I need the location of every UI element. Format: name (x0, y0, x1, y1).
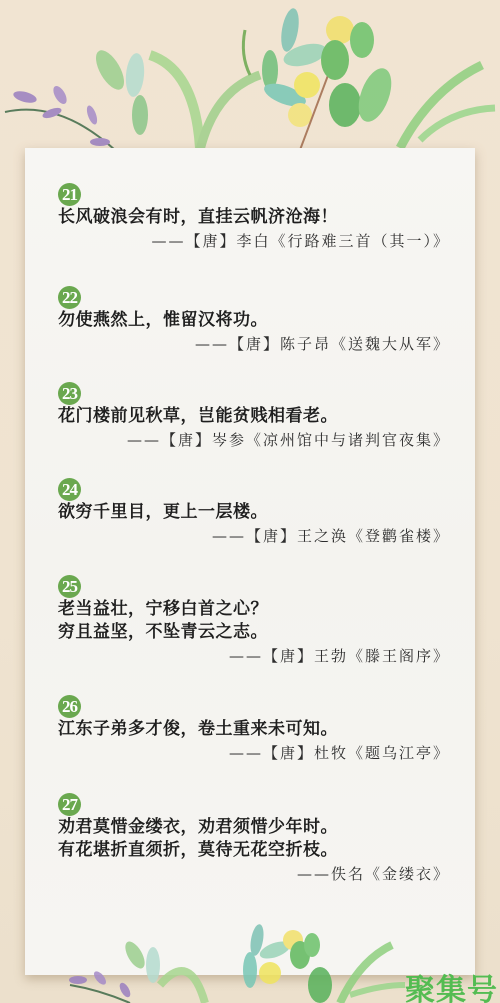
quote-source: ——【唐】杜牧《题乌江亭》 (58, 741, 455, 765)
quote-source: ——【唐】王勃《滕王阁序》 (58, 644, 455, 668)
quote-entry: 27 劝君莫惜金缕衣，劝君须惜少年时。 有花堪折直须折，莫待无花空折枝。 ——佚… (58, 793, 455, 886)
number-badge: 24 (58, 478, 81, 501)
quote-line: 有花堪折直须折，莫待无花空折枝。 (58, 839, 455, 862)
quote-line: 勿使燕然上，惟留汉将功。 (58, 309, 455, 332)
quote-source: ——【唐】李白《行路难三首（其一）》 (58, 229, 455, 253)
quote-source: ——【唐】岑参《凉州馆中与诸判官夜集》 (58, 428, 455, 452)
quote-source: ——佚名《金缕衣》 (58, 862, 455, 886)
watermark: 聚集号 (405, 965, 498, 1003)
number-badge: 23 (58, 382, 81, 405)
number-badge: 27 (58, 793, 81, 816)
quote-line: 花门楼前见秋草，岂能贫贱相看老。 (58, 405, 455, 428)
quote-entry: 25 老当益壮，宁移白首之心？ 穷且益坚，不坠青云之志。 ——【唐】王勃《滕王阁… (58, 575, 455, 668)
quote-entry: 24 欲穷千里目，更上一层楼。 ——【唐】王之涣《登鹳雀楼》 (58, 478, 455, 548)
quote-entry: 23 花门楼前见秋草，岂能贫贱相看老。 ——【唐】岑参《凉州馆中与诸判官夜集》 (58, 382, 455, 452)
quote-source: ——【唐】王之涣《登鹳雀楼》 (58, 524, 455, 548)
number-badge: 25 (58, 575, 81, 598)
number-badge: 21 (58, 183, 81, 206)
quote-line: 欲穷千里目，更上一层楼。 (58, 501, 455, 524)
quote-entry: 22 勿使燕然上，惟留汉将功。 ——【唐】陈子昂《送魏大从军》 (58, 286, 455, 356)
quote-line: 江东子弟多才俊，卷土重来未可知。 (58, 718, 455, 741)
number-badge: 26 (58, 695, 81, 718)
quote-card: 21 长风破浪会有时，直挂云帆济沧海！ ——【唐】李白《行路难三首（其一）》 2… (25, 148, 475, 975)
quote-line: 老当益壮，宁移白首之心？ (58, 598, 455, 621)
quote-entry: 21 长风破浪会有时，直挂云帆济沧海！ ——【唐】李白《行路难三首（其一）》 (58, 183, 455, 253)
quote-line: 穷且益坚，不坠青云之志。 (58, 621, 455, 644)
quote-source: ——【唐】陈子昂《送魏大从军》 (58, 332, 455, 356)
quote-line: 劝君莫惜金缕衣，劝君须惜少年时。 (58, 816, 455, 839)
quote-entry: 26 江东子弟多才俊，卷土重来未可知。 ——【唐】杜牧《题乌江亭》 (58, 695, 455, 765)
watercolor-plants-top-icon (0, 0, 500, 160)
number-badge: 22 (58, 286, 81, 309)
quote-line: 长风破浪会有时，直挂云帆济沧海！ (58, 206, 455, 229)
